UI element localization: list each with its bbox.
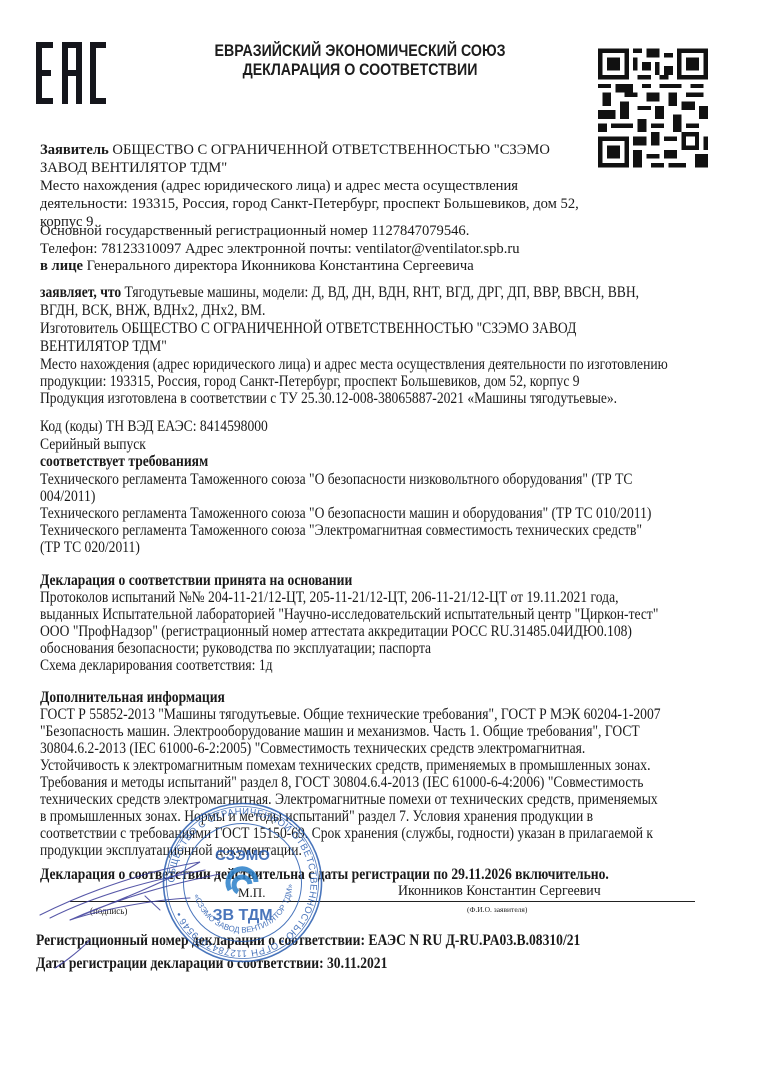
additional-label: Дополнительная информация — [40, 689, 225, 707]
basis-line-2: выданных Испытательной лабораторией "Нау… — [40, 606, 658, 624]
additional-line-1: ГОСТ Р 55852-2013 "Машины тягодутьевые. … — [40, 706, 661, 724]
declares-line-1: заявляет, что Тягодутьевые машины, модел… — [40, 284, 639, 302]
additional-line-3: 30804.6.2-2013 (IEC 61000-6-2:2005) "Сов… — [40, 740, 585, 758]
header-union-title: ЕВРАЗИЙСКИЙ ЭКОНОМИЧЕСКИЙ СОЮЗ — [179, 42, 540, 61]
product-spec: Продукция изготовлена в соответствии с Т… — [40, 390, 617, 408]
release-type: Серийный выпуск — [40, 436, 146, 454]
manufacturer-line-2: ВЕНТИЛЯТОР ТДМ" — [40, 338, 167, 356]
applicant-ogrn: Основной государственный регистрационный… — [40, 222, 469, 240]
regulation-2: Технического регламента Таможенного союз… — [40, 505, 651, 523]
signer-name: Иконников Константин Сергеевич — [398, 883, 601, 900]
manufacturer-line-1: Изготовитель ОБЩЕСТВО С ОГРАНИЧЕННОЙ ОТВ… — [40, 320, 576, 338]
regulation-1-cont: 004/2011) — [40, 488, 95, 506]
regulation-3: Технического регламента Таможенного союз… — [40, 522, 642, 540]
manufacturer-address-1: Место нахождения (адрес юридического лиц… — [40, 356, 668, 374]
basis-line-4: обоснования безопасности; руководства по… — [40, 640, 431, 658]
svg-text:ЗВ ТДМ: ЗВ ТДМ — [212, 907, 272, 924]
applicant-line-1: Заявитель ОБЩЕСТВО С ОГРАНИЧЕННОЙ ОТВЕТС… — [40, 141, 550, 159]
qr-code-icon — [598, 48, 708, 168]
name-caption: (Ф.И.О. заявителя) — [467, 905, 527, 914]
applicant-line-2: ЗАВОД ВЕНТИЛЯТОР ТДМ" — [40, 159, 227, 177]
applicant-label: Заявитель — [40, 142, 109, 158]
basis-line-1: Протоколов испытаний №№ 204-11-21/12-ЦТ,… — [40, 589, 618, 607]
additional-line-5: Требования и методы испытаний" раздел 8,… — [40, 774, 644, 792]
regulation-1: Технического регламента Таможенного союз… — [40, 471, 632, 489]
manufacturer-address-2: продукции: 193315, Россия, город Санкт-П… — [40, 373, 580, 391]
additional-line-4: Устойчивость к электромагнитным помехам … — [40, 757, 650, 775]
basis-line-3: ООО "ПрофНадзор" (регистрационный номер … — [40, 623, 632, 641]
applicant-address-2: деятельности: 193315, Россия, город Санк… — [40, 195, 579, 213]
header-doc-title: ДЕКЛАРАЦИЯ О СООТВЕТСТВИИ — [179, 61, 540, 80]
additional-line-6: технических средств электромагнитная. Эл… — [40, 791, 658, 809]
declaration-scheme: Схема декларирования соответствия: 1д — [40, 657, 273, 675]
company-stamp: ОБЩЕСТВО С ОГРАНИЧЕННОЙ ОТВЕТСТВЕННОСТЬЮ… — [160, 800, 325, 965]
declares-label: заявляет, что — [40, 284, 121, 301]
eac-logo — [36, 42, 106, 104]
regulation-3-cont: (ТР ТС 020/2011) — [40, 539, 140, 557]
conformity-label: соответствует требованиям — [40, 453, 208, 471]
applicant-address-1: Место нахождения (адрес юридического лиц… — [40, 177, 518, 195]
declares-line-2: ВГДН, ВСК, ВНЖ, ВДНх2, ДНх2, ВМ. — [40, 302, 265, 320]
additional-line-2: "Безопасность машин. Электрооборудование… — [40, 723, 640, 741]
svg-text:ОБЩЕСТВО С ОГРАНИЧЕННОЙ ОТВЕТС: ОБЩЕСТВО С ОГРАНИЧЕННОЙ ОТВЕТСТВЕННОСТЬЮ… — [166, 806, 318, 958]
tnved-code: Код (коды) ТН ВЭД ЕАЭС: 8414598000 — [40, 418, 268, 436]
applicant-person: в лице Генерального директора Иконникова… — [40, 257, 474, 275]
basis-label: Декларация о соответствии принята на осн… — [40, 572, 352, 590]
svg-text:СЗЭМО: СЗЭМО — [215, 847, 270, 864]
applicant-contacts: Телефон: 78123310097 Адрес электронной п… — [40, 240, 520, 258]
